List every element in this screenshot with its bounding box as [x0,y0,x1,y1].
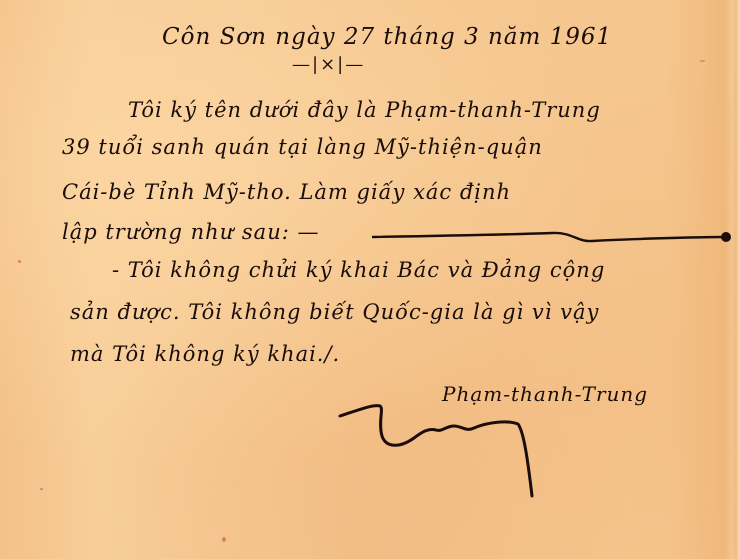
dateline: Côn Sơn ngày 27 tháng 3 năm 1961 [162,24,612,50]
paper-speck [40,488,43,490]
body-line-6: sản được. Tôi không biết Quốc-gia là gì … [70,300,599,324]
date-mark: —|×|— [292,54,365,75]
body-line-7: mà Tôi không ký khai./. [70,342,340,366]
paper-speck [222,537,226,542]
body-line-5: - Tôi không chửi ký khai Bác và Đảng cộn… [112,258,605,282]
signature [338,402,548,502]
body-line-4: lập trường như sau: — [62,220,319,244]
paper-speck [700,60,705,62]
letter-paper: Côn Sơn ngày 27 tháng 3 năm 1961 —|×|— T… [0,0,740,559]
handwritten-rule-line [372,231,732,247]
body-line-3: Cái-bè Tỉnh Mỹ-tho. Làm giấy xác định [62,180,511,204]
paper-speck [18,260,21,263]
body-line-1: Tôi ký tên dưới đây là Phạm-thanh-Trung [128,98,601,122]
body-line-2: 39 tuổi sanh quán tại làng Mỹ-thiện-quận [62,135,543,159]
paper-edge [732,0,740,559]
